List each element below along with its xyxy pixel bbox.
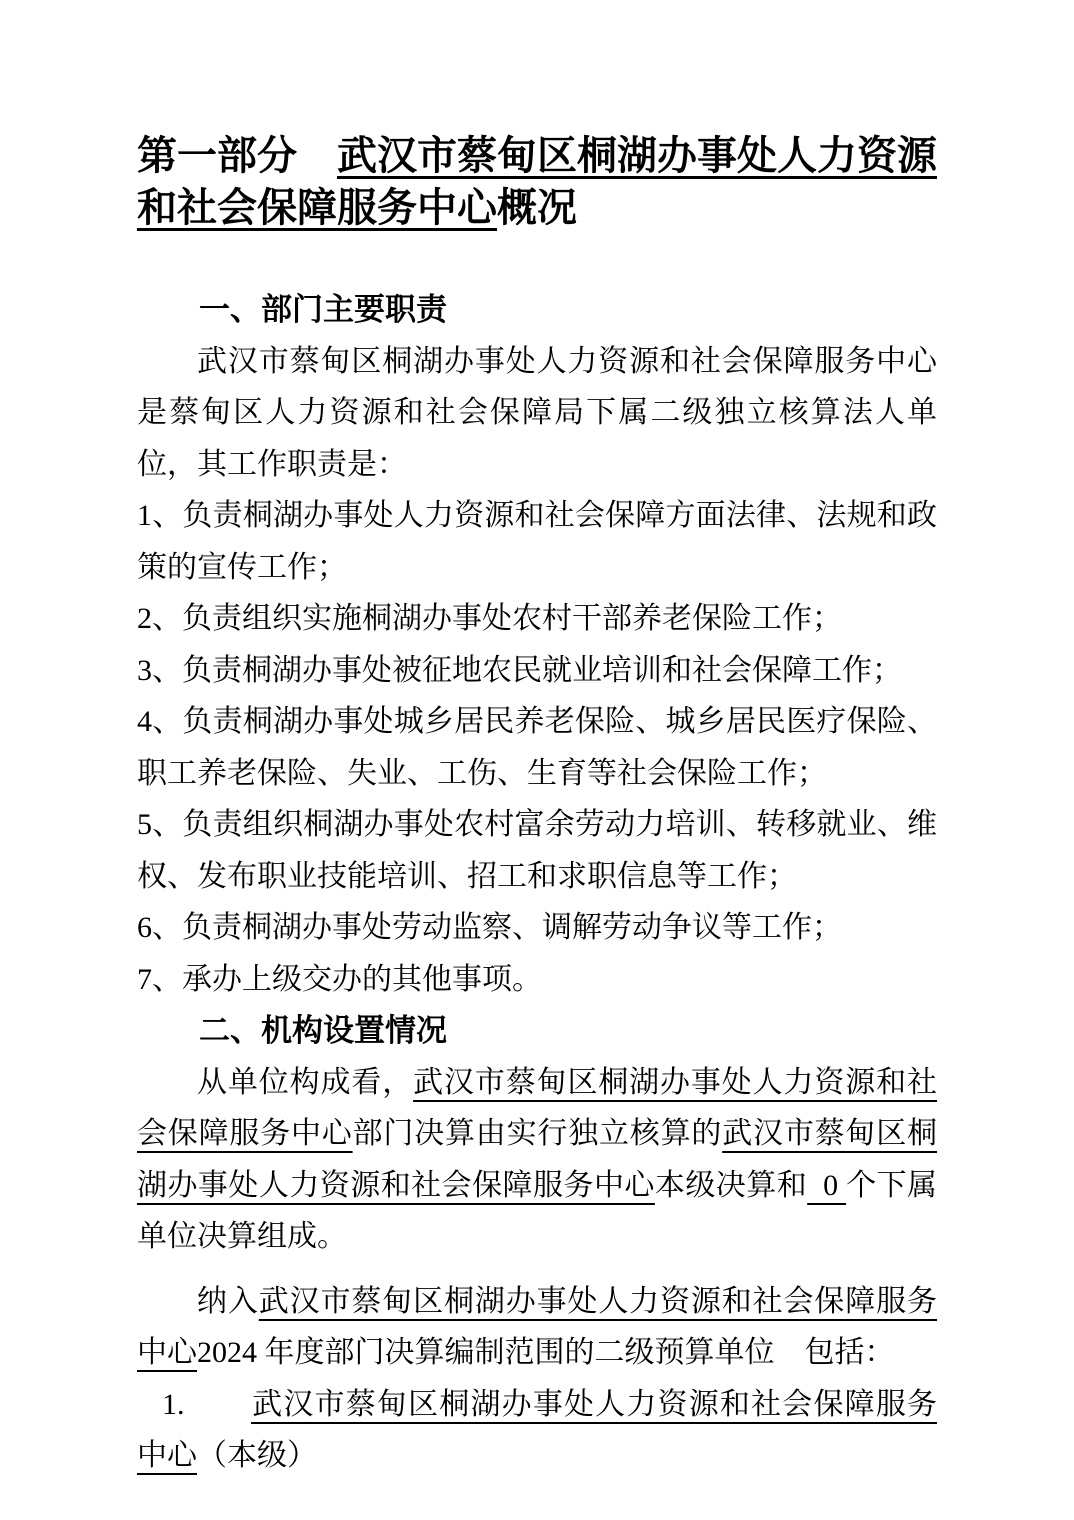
paragraph-unit-composition: 从单位构成看，武汉市蔡甸区桐湖办事处人力资源和社会保障服务中心部门决算由实行独立… <box>137 1057 937 1263</box>
text-run: 第一部分 <box>137 134 337 178</box>
duty-item-5: 5、负责组织桐湖办事处农村富余劳动力培训、转移就业、维权、发布职业技能培训、招工… <box>137 799 937 902</box>
duty-item-2: 2、负责组织实施桐湖办事处农村干部养老保险工作； <box>137 593 937 645</box>
section-heading-main-duties: 一、部门主要职责 <box>137 284 937 336</box>
text-run: 武汉市蔡甸区桐湖办事处人力资源和社会保障服务中心是蔡甸区人力资源和社会保障局下属… <box>137 345 937 481</box>
text-run: 3、负责桐湖办事处被征地农民就业培训和社会保障工作； <box>137 654 902 687</box>
document-page: 第一部分 武汉市蔡甸区桐湖办事处人力资源和社会保障服务中心概况 一、部门主要职责… <box>0 0 1074 1520</box>
text-run: 7、承办上级交办的其他事项。 <box>137 963 542 996</box>
text-run: 5、负责组织桐湖办事处农村富余劳动力培训、转移就业、维权、发布职业技能培训、招工… <box>137 808 937 893</box>
text-run: 部门决算由实行独立核算的 <box>353 1117 723 1150</box>
text-run: 1、负责桐湖办事处人力资源和社会保障方面法律、法规和政策的宣传工作； <box>137 499 937 584</box>
document-title: 第一部分 武汉市蔡甸区桐湖办事处人力资源和社会保障服务中心概况 <box>137 130 937 234</box>
duty-item-4: 4、负责桐湖办事处城乡居民养老保险、城乡居民医疗保险、职工养老保险、失业、工伤、… <box>137 696 937 799</box>
text-run: 6、负责桐湖办事处劳动监察、调解劳动争议等工作； <box>137 911 842 944</box>
document-content: 第一部分 武汉市蔡甸区桐湖办事处人力资源和社会保障服务中心概况 一、部门主要职责… <box>137 130 937 1482</box>
text-run: （本级） <box>197 1439 317 1472</box>
text-run: 本级决算和 <box>655 1169 807 1202</box>
duty-item-3: 3、负责桐湖办事处被征地农民就业培训和社会保障工作； <box>137 645 937 697</box>
text-run: 4、负责桐湖办事处城乡居民养老保险、城乡居民医疗保险、职工养老保险、失业、工伤、… <box>137 705 937 790</box>
duty-item-1: 1、负责桐湖办事处人力资源和社会保障方面法律、法规和政策的宣传工作； <box>137 490 937 593</box>
section-heading-organization: 二、机构设置情况 <box>137 1005 937 1057</box>
text-run: 从单位构成看， <box>197 1066 413 1099</box>
text-run: 概况 <box>497 186 577 230</box>
text-run: 纳入 <box>197 1285 259 1318</box>
document-body: 一、部门主要职责武汉市蔡甸区桐湖办事处人力资源和社会保障服务中心是蔡甸区人力资源… <box>137 284 937 1482</box>
budget-unit-item-1: 1.武汉市蔡甸区桐湖办事处人力资源和社会保障服务中心（本级） <box>137 1379 937 1482</box>
text-run: 2、负责组织实施桐湖办事处农村干部养老保险工作； <box>137 602 842 635</box>
paragraph-budget-scope: 纳入武汉市蔡甸区桐湖办事处人力资源和社会保障服务中心2024 年度部门决算编制范… <box>137 1276 937 1379</box>
underlined-text-run: 0 <box>807 1169 846 1202</box>
text-run: 2024 年度部门决算编制范围的二级预算单位 包括： <box>197 1336 895 1369</box>
paragraph-intro: 武汉市蔡甸区桐湖办事处人力资源和社会保障服务中心是蔡甸区人力资源和社会保障局下属… <box>137 336 937 491</box>
duty-item-6: 6、负责桐湖办事处劳动监察、调解劳动争议等工作； <box>137 902 937 954</box>
list-number: 1. <box>162 1379 251 1431</box>
duty-item-7: 7、承办上级交办的其他事项。 <box>137 954 937 1006</box>
